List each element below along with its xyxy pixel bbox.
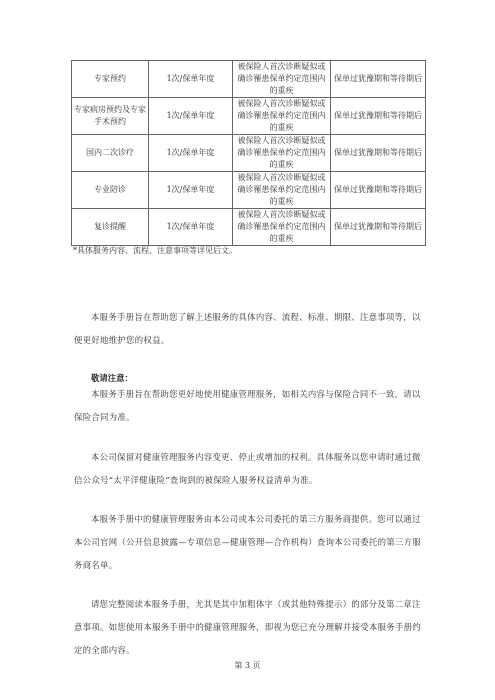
- service-name-cell: 专家预约: [72, 61, 149, 98]
- timing-cell: 保单过犹豫期和等待期后: [331, 135, 426, 172]
- condition-cell: 被保险人首次诊断疑似或确诊罹患保单约定范围内的重疾: [233, 61, 331, 98]
- frequency-cell: 1次/保单年度: [149, 172, 233, 209]
- notice-paragraph-1: 本服务手册旨在帮助您更好地使用健康管理服务，如相关内容与保险合同不一致，请以保险…: [74, 383, 424, 429]
- frequency-cell: 1次/保单年度: [149, 98, 233, 135]
- notice-paragraph-2: 本公司保留对健康管理服务内容变更、停止或增加的权利。具体服务以您申请时通过微信公…: [74, 446, 424, 492]
- condition-cell: 被保险人首次诊断疑似或确诊罹患保单约定范围内的重疾: [233, 98, 331, 135]
- table-row: 专业陪诊 1次/保单年度 被保险人首次诊断疑似或确诊罹患保单约定范围内的重疾 保…: [72, 172, 426, 209]
- notice-paragraph-4: 请您完整阅读本服务手册，尤其是其中加粗体字（或其他特殊提示）的部分及第二章注意事…: [74, 593, 424, 662]
- service-name-cell: 复诊提醒: [72, 209, 149, 246]
- document-page: 专家预约 1次/保单年度 被保险人首次诊断疑似或确诊罹患保单约定范围内的重疾 保…: [0, 0, 495, 700]
- service-name-cell: 专家病房预约及专家手术预约: [72, 98, 149, 135]
- service-name-cell: 国内二次诊疗: [72, 135, 149, 172]
- timing-cell: 保单过犹豫期和等待期后: [331, 209, 426, 246]
- condition-cell: 被保险人首次诊断疑似或确诊罹患保单约定范围内的重疾: [233, 172, 331, 209]
- timing-cell: 保单过犹豫期和等待期后: [331, 172, 426, 209]
- condition-cell: 被保险人首次诊断疑似或确诊罹患保单约定范围内的重疾: [233, 135, 331, 172]
- timing-cell: 保单过犹豫期和等待期后: [331, 61, 426, 98]
- table-footnote: *具体服务内容、流程、注意事项等详见后文。: [73, 245, 237, 256]
- table-row: 复诊提醒 1次/保单年度 被保险人首次诊断疑似或确诊罹患保单约定范围内的重疾 保…: [72, 209, 426, 246]
- timing-cell: 保单过犹豫期和等待期后: [331, 98, 426, 135]
- table-row: 专家病房预约及专家手术预约 1次/保单年度 被保险人首次诊断疑似或确诊罹患保单约…: [72, 98, 426, 135]
- frequency-cell: 1次/保单年度: [149, 209, 233, 246]
- frequency-cell: 1次/保单年度: [149, 61, 233, 98]
- frequency-cell: 1次/保单年度: [149, 135, 233, 172]
- condition-cell: 被保险人首次诊断疑似或确诊罹患保单约定范围内的重疾: [233, 209, 331, 246]
- table-row: 专家预约 1次/保单年度 被保险人首次诊断疑似或确诊罹患保单约定范围内的重疾 保…: [72, 61, 426, 98]
- intro-paragraph: 本服务手册旨在帮助您了解上述服务的具体内容、流程、标准、期限、注意事项等，以便更…: [74, 306, 424, 352]
- service-table: 专家预约 1次/保单年度 被保险人首次诊断疑似或确诊罹患保单约定范围内的重疾 保…: [71, 60, 426, 246]
- service-name-cell: 专业陪诊: [72, 172, 149, 209]
- page-number: 第 3 页: [0, 660, 495, 671]
- notice-paragraph-3: 本服务手册中的健康管理服务由本公司或本公司委托的第三方服务商提供。您可以通过本公…: [74, 508, 424, 577]
- table-row: 国内二次诊疗 1次/保单年度 被保险人首次诊断疑似或确诊罹患保单约定范围内的重疾…: [72, 135, 426, 172]
